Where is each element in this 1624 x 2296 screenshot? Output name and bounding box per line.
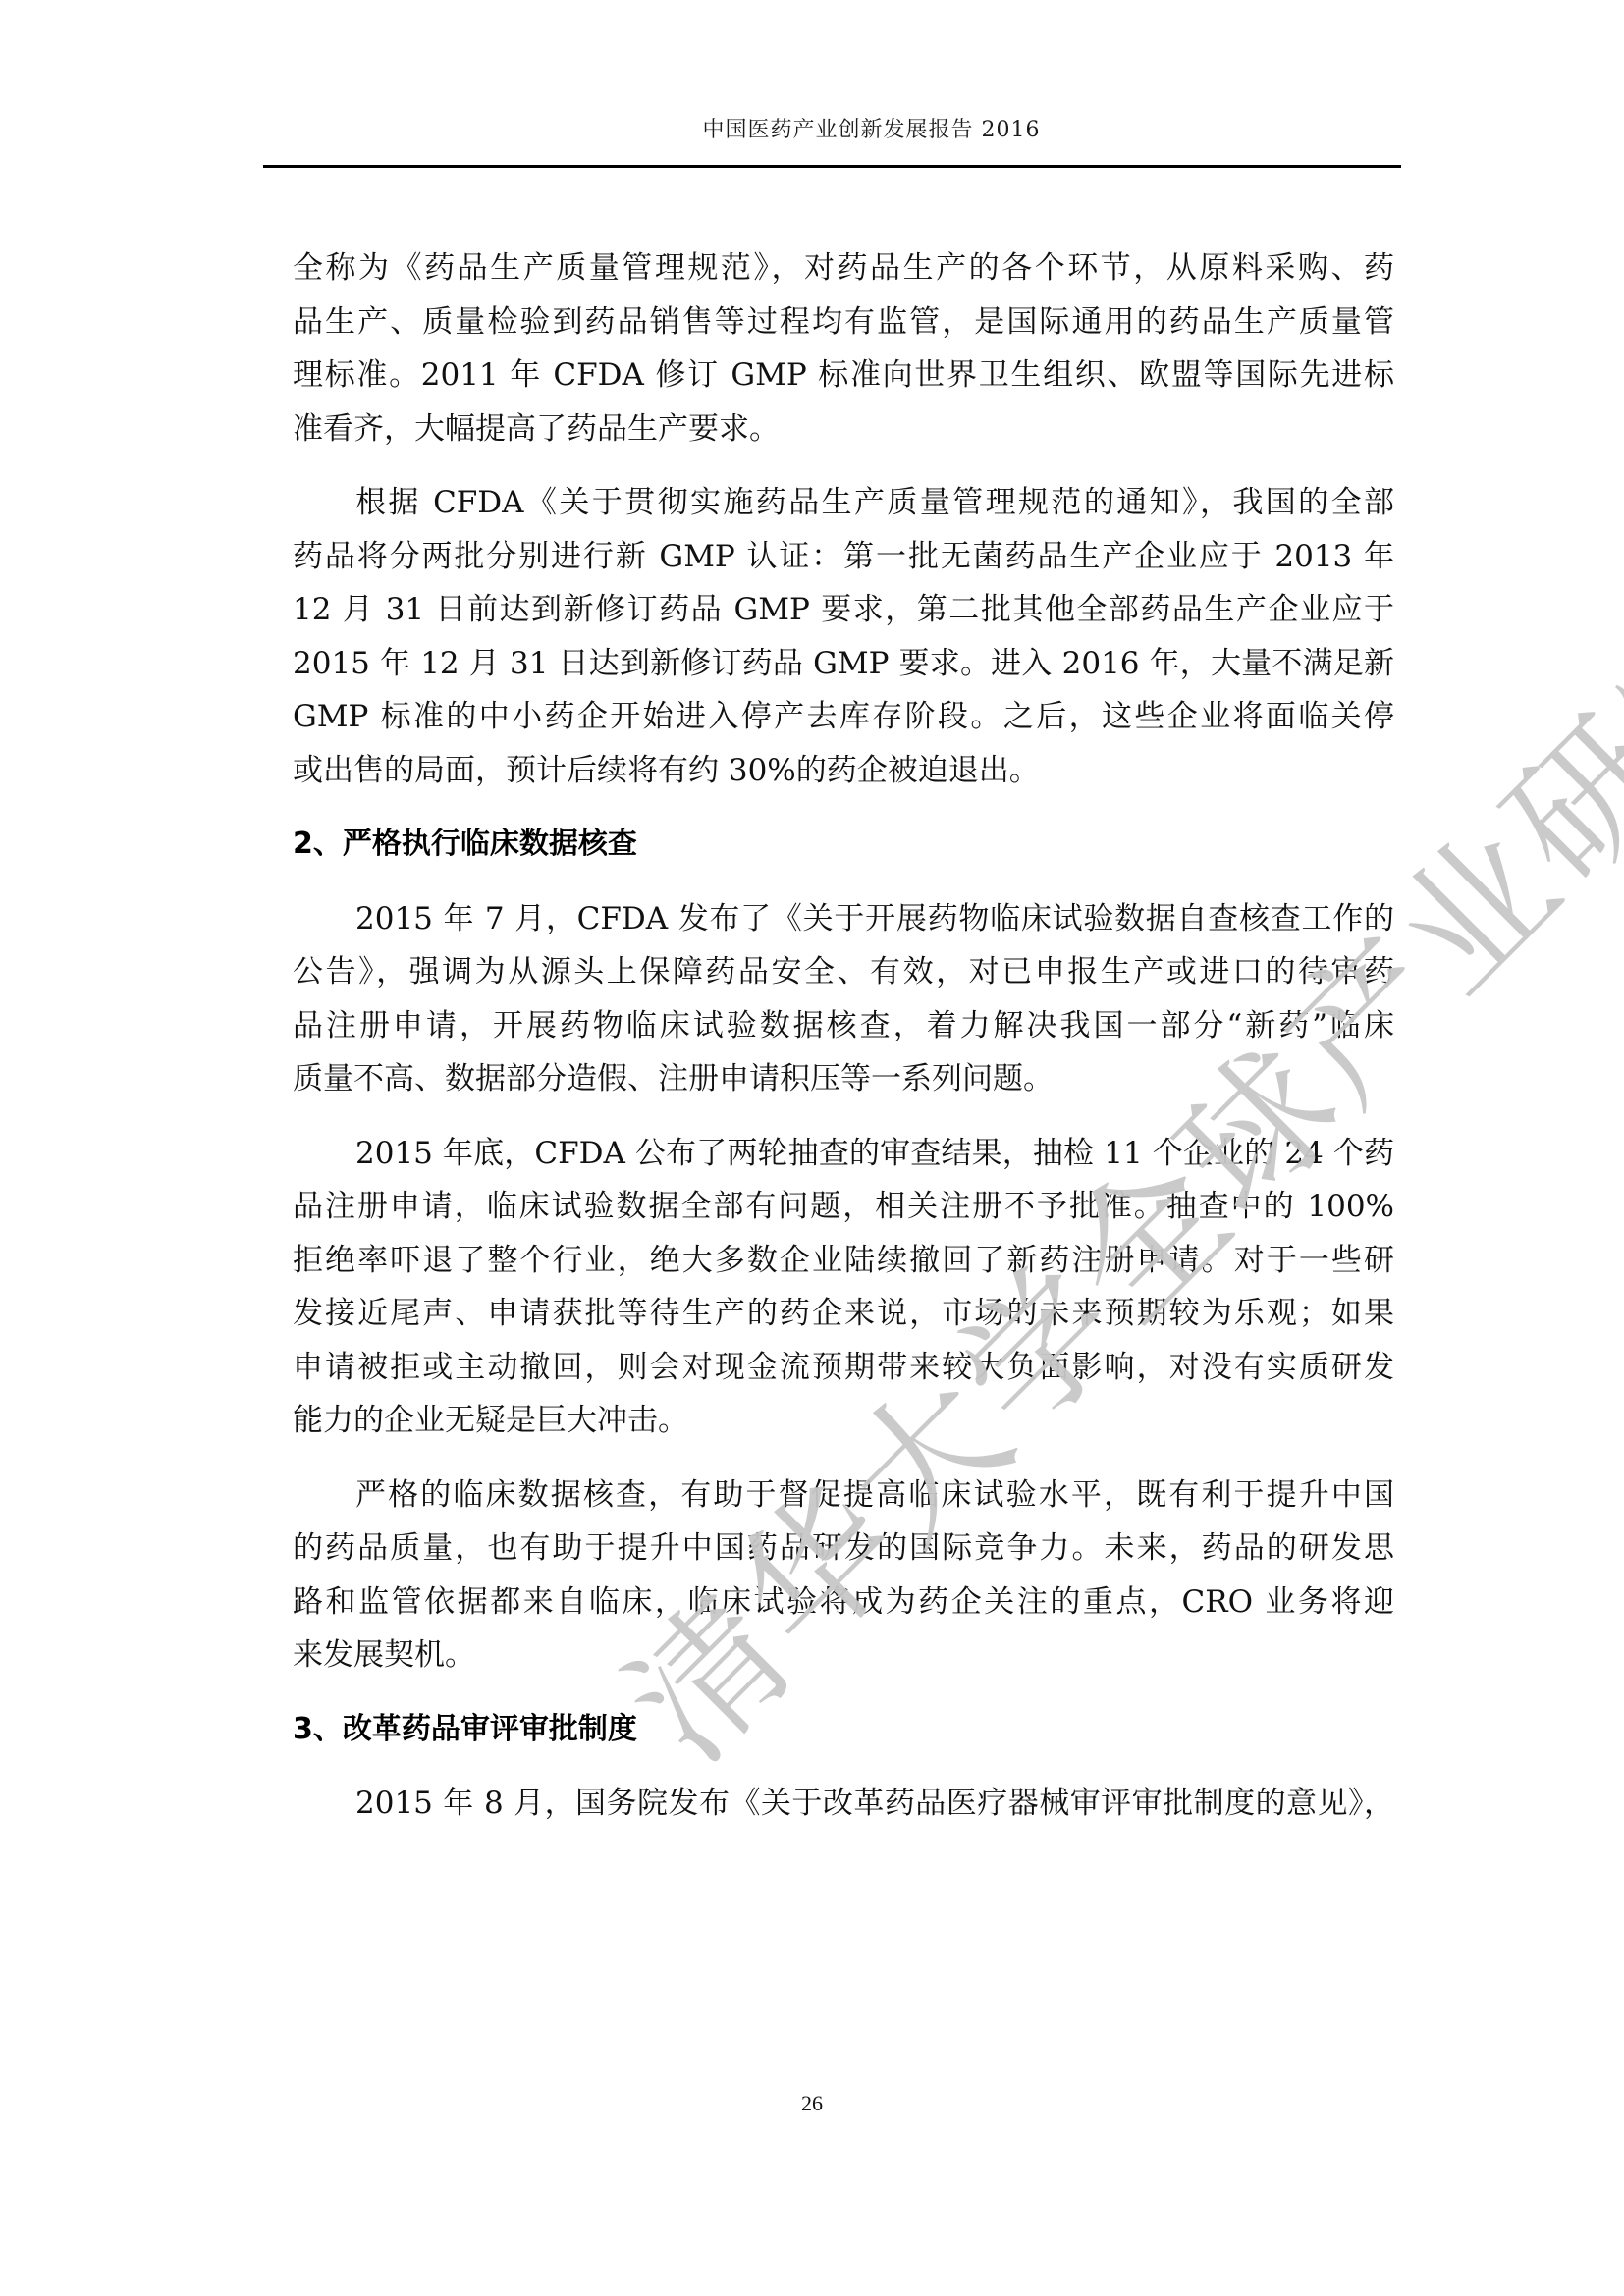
text-line: 2015 年底，CFDA 公布了两轮抽查的审查结果，抽检 11 个企业的 24 …	[293, 1127, 1394, 1181]
page-number: 26	[0, 2091, 1624, 2116]
text-line: GMP 标准的中小药企开始进入停产去库存阶段。之后，这些企业将面临关停	[293, 690, 1394, 744]
running-header: 中国医药产业创新发展报告 2016	[263, 116, 1401, 145]
section-heading-clinical-data: 2、严格执行临床数据核查	[293, 818, 1394, 872]
text-line: 品注册申请，临床试验数据全部有问题，相关注册不予批准。抽查中的 100%	[293, 1180, 1394, 1234]
section-heading-review-reform: 3、改革药品审评审批制度	[293, 1703, 1394, 1757]
text-line: 12 月 31 日前达到新修订药品 GMP 要求，第二批其他全部药品生产企业应于	[293, 583, 1394, 637]
paragraph-gmp-definition: 全称为《药品生产质量管理规范》，对药品生产的各个环节，从原料采购、药 品生产、质…	[293, 241, 1394, 455]
paragraph-clinical-outlook: 严格的临床数据核查，有助于督促提高临床试验水平，既有利于提升中国 的药品质量，也…	[293, 1468, 1394, 1682]
paragraph-state-council-opinion: 2015 年 8 月，国务院发布《关于改革药品医疗器械审评审批制度的意见》，	[293, 1777, 1394, 1831]
text-line: 2015 年 12 月 31 日达到新修订药品 GMP 要求。进入 2016 年…	[293, 637, 1394, 691]
paragraph-gmp-certification: 根据 CFDA《关于贯彻实施药品生产质量管理规范的通知》，我国的全部 药品将分两…	[293, 476, 1394, 797]
paragraph-inspection-results: 2015 年底，CFDA 公布了两轮抽查的审查结果，抽检 11 个企业的 24 …	[293, 1127, 1394, 1448]
text-line: 发接近尾声、申请获批等待生产的药企来说，市场的未来预期较为乐观；如果	[293, 1287, 1394, 1341]
text-line: 路和监管依据都来自临床，临床试验将成为药企关注的重点，CRO 业务将迎	[293, 1575, 1394, 1629]
paragraph-cfda-announcement: 2015 年 7 月，CFDA 发布了《关于开展药物临床试验数据自查核查工作的 …	[293, 892, 1394, 1106]
text-line: 或出售的局面，预计后续将有约 30%的药企被迫退出。	[293, 744, 1394, 798]
text-line: 的药品质量，也有助于提升中国药品研发的国际竞争力。未来，药品的研发思	[293, 1522, 1394, 1575]
text-line: 来发展契机。	[293, 1629, 1394, 1682]
text-line: 品生产、质量检验到药品销售等过程均有监管，是国际通用的药品生产质量管	[293, 295, 1394, 349]
text-line: 理标准。2011 年 CFDA 修订 GMP 标准向世界卫生组织、欧盟等国际先进…	[293, 348, 1394, 402]
body-text: 全称为《药品生产质量管理规范》，对药品生产的各个环节，从原料采购、药 品生产、质…	[293, 241, 1394, 1851]
text-line: 严格的临床数据核查，有助于督促提高临床试验水平，既有利于提升中国	[293, 1468, 1394, 1522]
text-line: 2015 年 7 月，CFDA 发布了《关于开展药物临床试验数据自查核查工作的	[293, 892, 1394, 946]
text-line: 根据 CFDA《关于贯彻实施药品生产质量管理规范的通知》，我国的全部	[293, 476, 1394, 530]
text-line: 全称为《药品生产质量管理规范》，对药品生产的各个环节，从原料采购、药	[293, 241, 1394, 295]
text-line: 2015 年 8 月，国务院发布《关于改革药品医疗器械审评审批制度的意见》，	[293, 1777, 1394, 1831]
text-line: 药品将分两批分别进行新 GMP 认证：第一批无菌药品生产企业应于 2013 年	[293, 530, 1394, 584]
text-line: 拒绝率吓退了整个行业，绝大多数企业陆续撤回了新药注册申请。对于一些研	[293, 1234, 1394, 1288]
text-line: 准看齐，大幅提高了药品生产要求。	[293, 402, 1394, 456]
text-line: 公告》，强调为从源头上保障药品安全、有效，对已申报生产或进口的待审药	[293, 945, 1394, 999]
text-line: 质量不高、数据部分造假、注册申请积压等一系列问题。	[293, 1052, 1394, 1106]
header-divider	[263, 165, 1401, 168]
text-line: 申请被拒或主动撤回，则会对现金流预期带来较大负面影响，对没有实质研发	[293, 1341, 1394, 1395]
text-line: 品注册申请，开展药物临床试验数据核查，着力解决我国一部分“新药”临床	[293, 999, 1394, 1053]
document-page: 中国医药产业创新发展报告 2016 清华大学全球产业研究院 全称为《药品生产质量…	[0, 0, 1624, 2296]
text-line: 能力的企业无疑是巨大冲击。	[293, 1394, 1394, 1448]
